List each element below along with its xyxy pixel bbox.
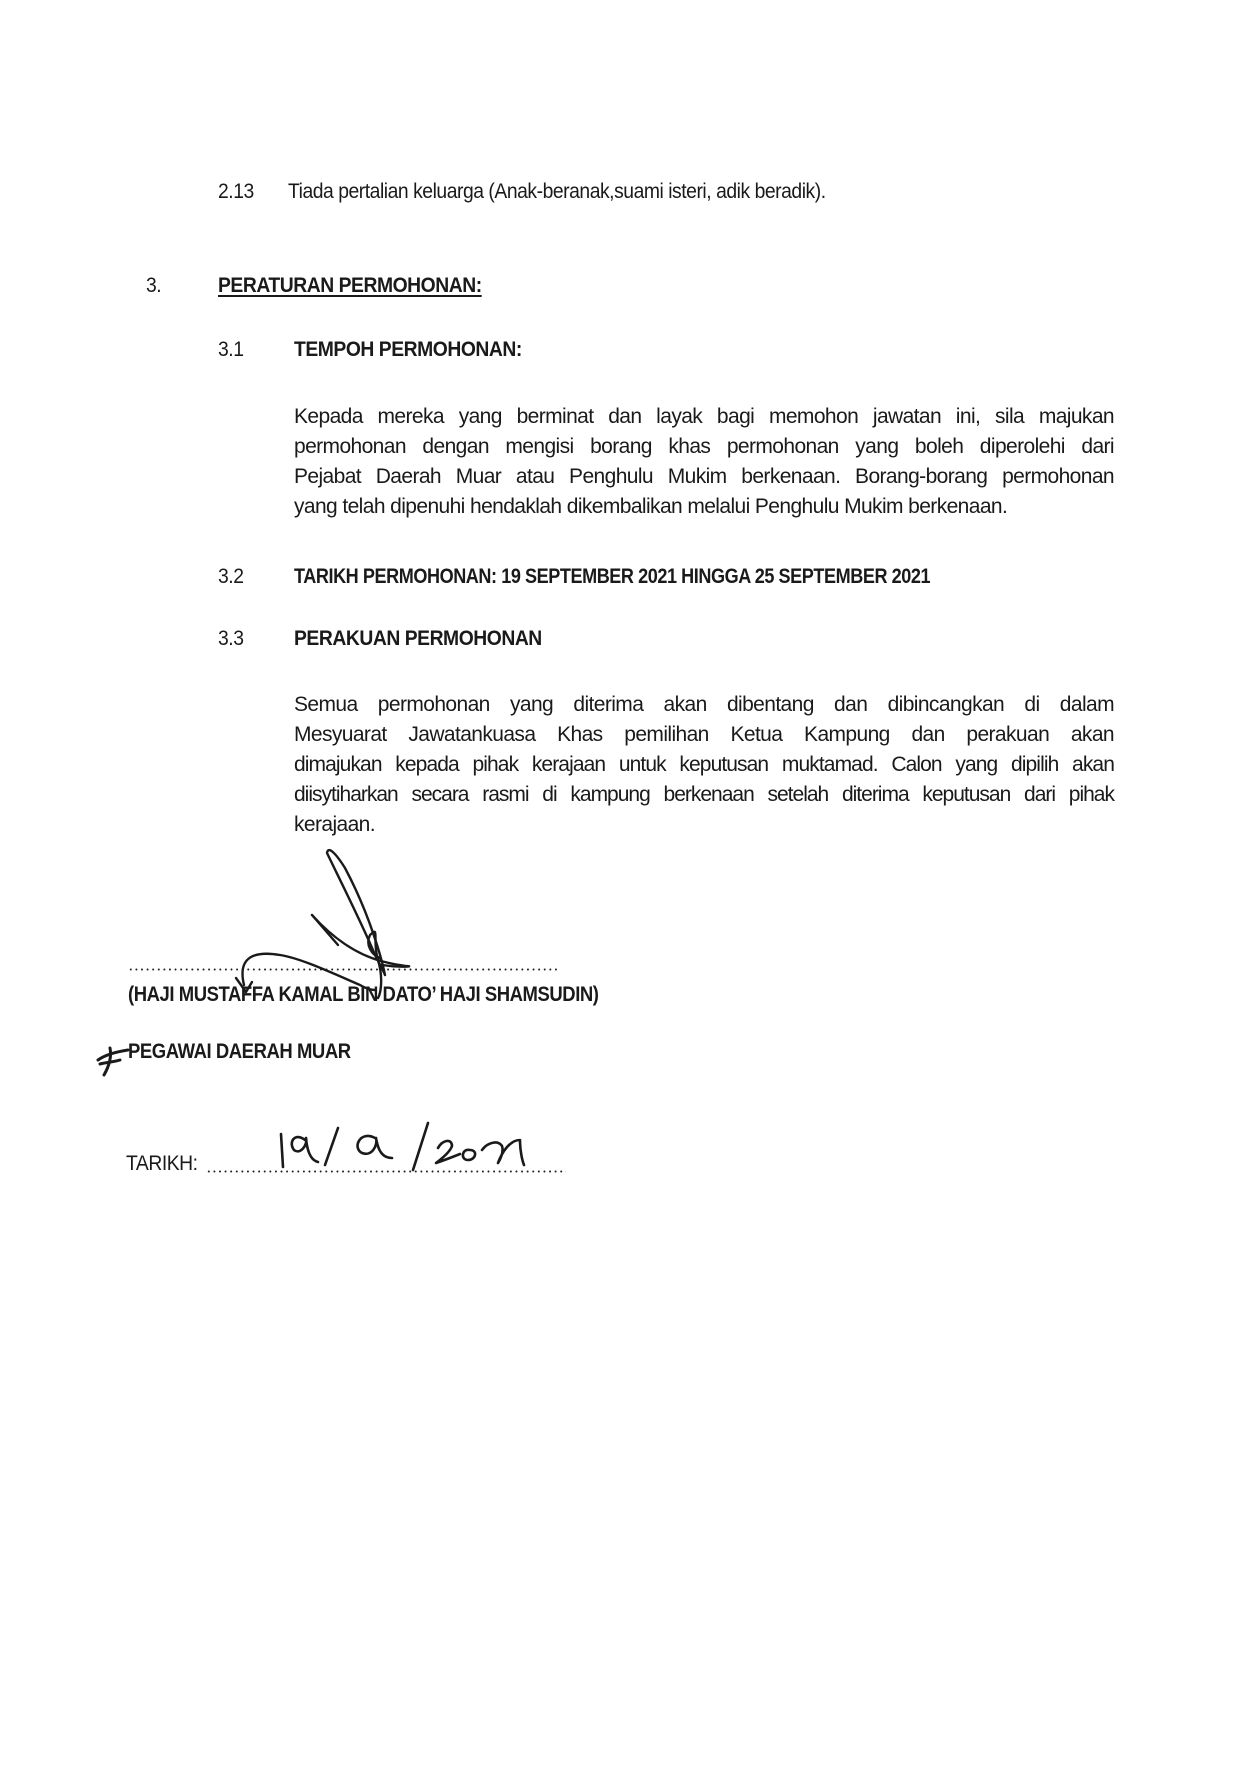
handwritten-date: 19/9/2021 — [0, 0, 1244, 1778]
